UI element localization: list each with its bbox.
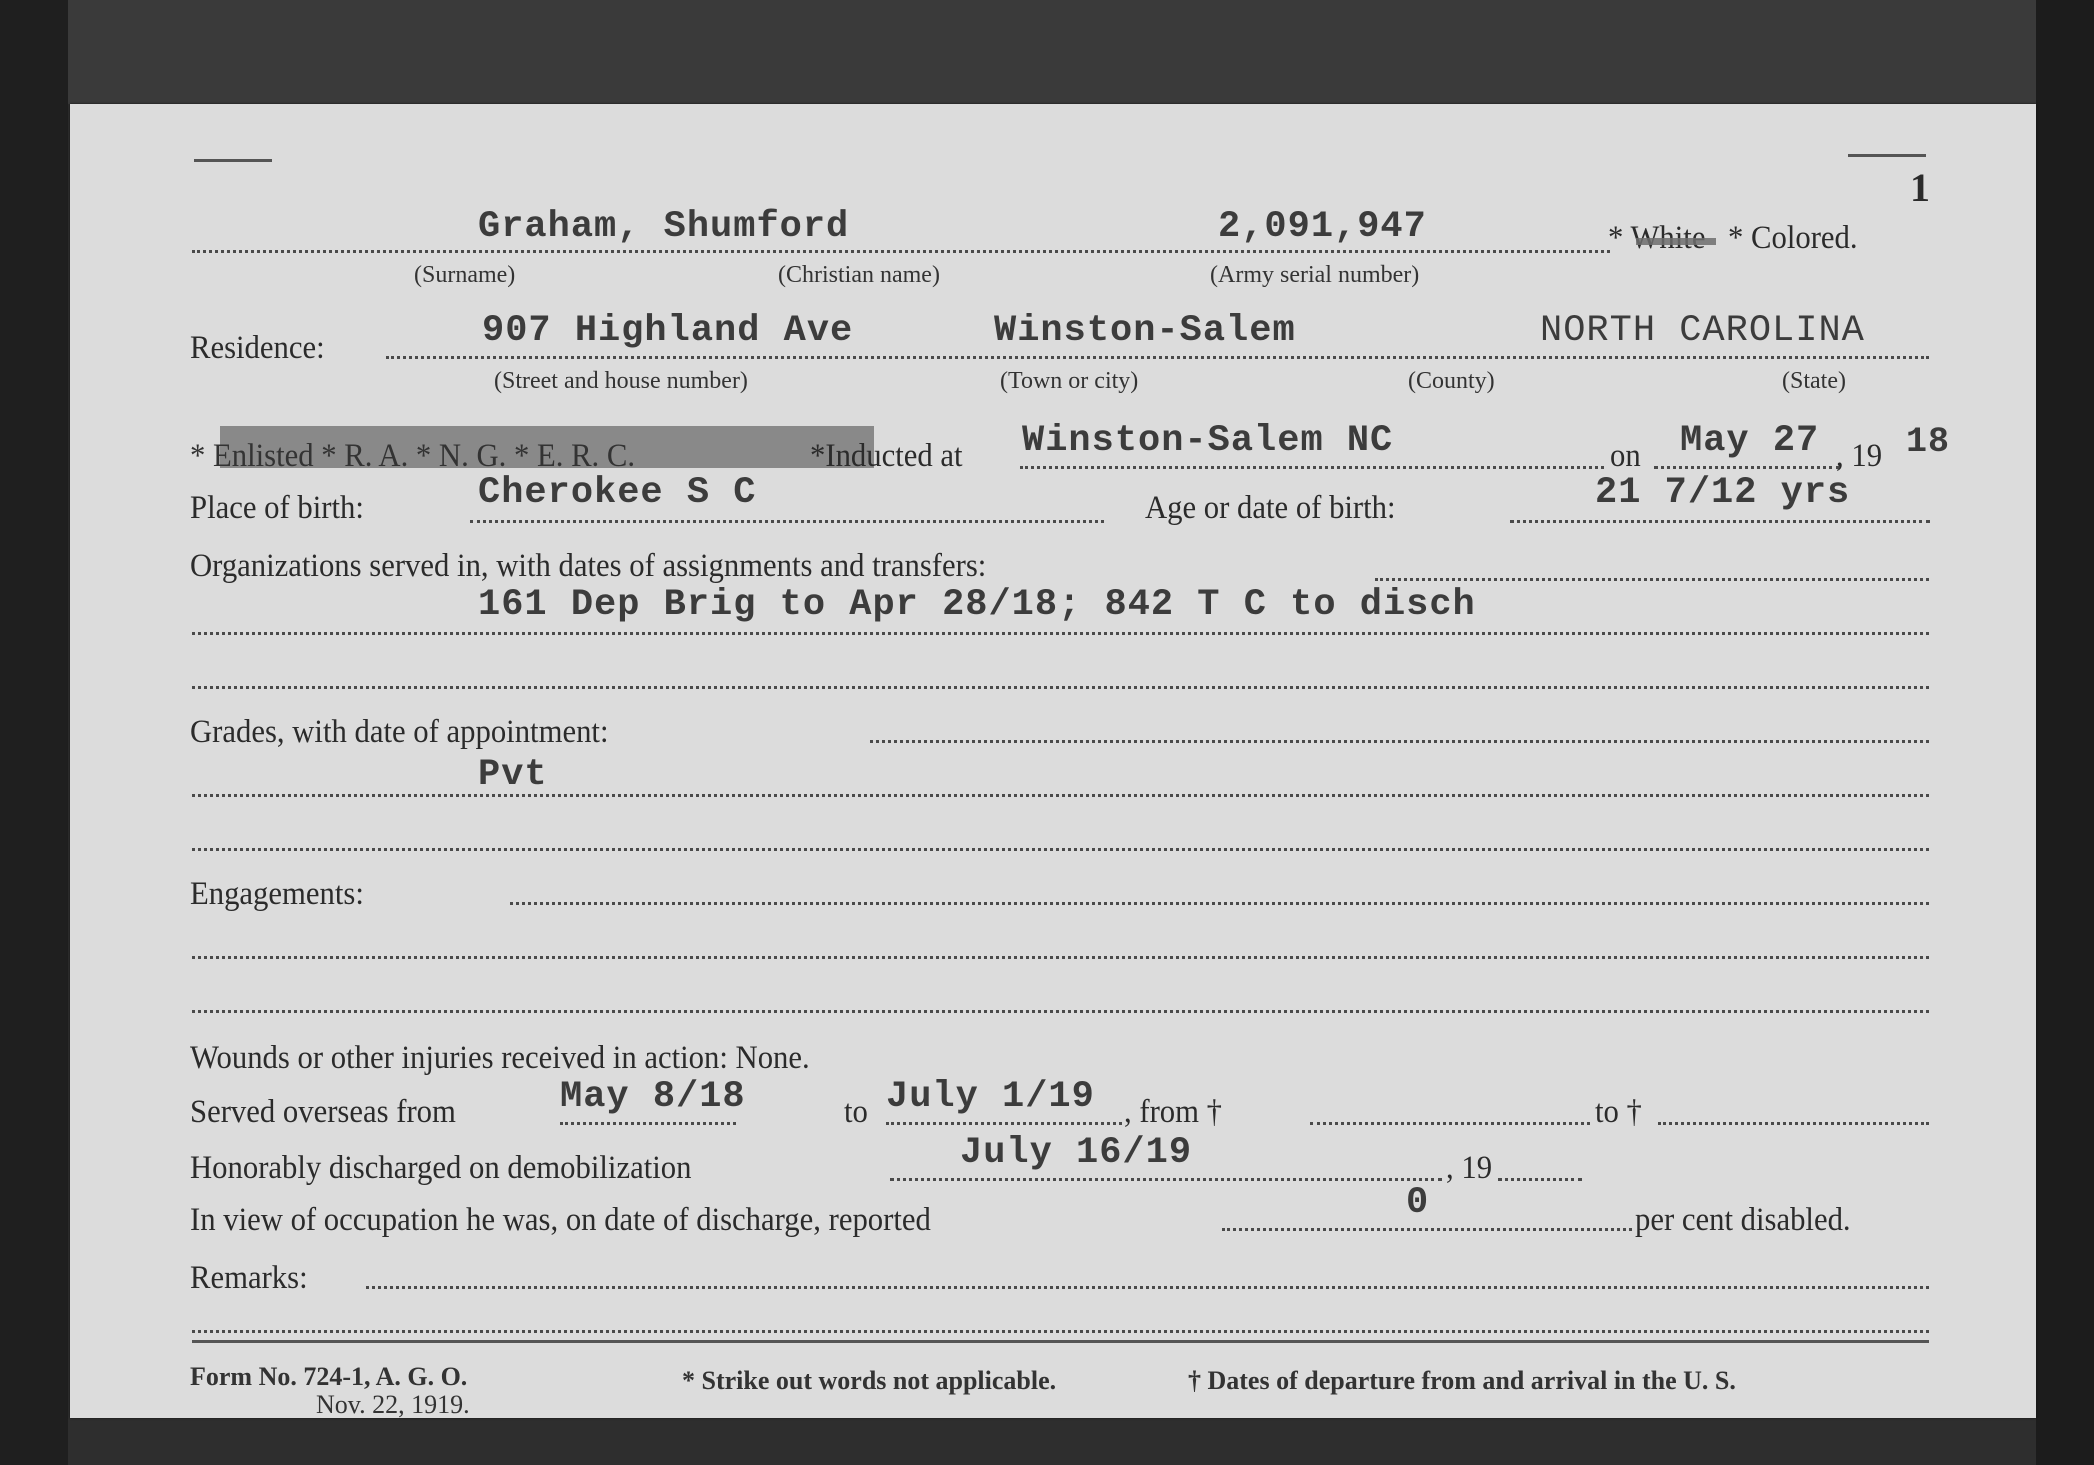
organizations-line-1 [1375, 578, 1929, 581]
overseas-to-label: to [844, 1094, 868, 1131]
footnote-strike: * Strike out words not applicable. [682, 1366, 1056, 1396]
organizations-line-3 [192, 686, 1929, 689]
overseas-from-line [560, 1122, 736, 1125]
year-prefix: , 19 [1836, 438, 1882, 475]
inducted-label: *Inducted at [810, 438, 963, 475]
caption-state: (State) [1782, 368, 1846, 395]
grades-line-2 [192, 794, 1929, 797]
footnote-dates: † Dates of departure from and arrival in… [1188, 1366, 1736, 1396]
top-left-rule [194, 159, 272, 162]
engagements-line-1 [510, 902, 1929, 905]
scan-background-left [0, 0, 68, 1465]
engagements-label: Engagements: [190, 876, 364, 913]
grade-entry: Pvt [478, 754, 548, 796]
footer-rule [192, 1340, 1929, 1343]
organizations-line-2 [192, 632, 1929, 635]
induction-date: May 27 [1680, 420, 1819, 462]
overseas-label: Served overseas from [190, 1094, 456, 1131]
overseas-to-date: July 1/19 [886, 1076, 1095, 1118]
overseas-from2-line [1310, 1122, 1590, 1125]
remarks-line-1 [366, 1286, 1929, 1289]
discharge-date: July 16/19 [960, 1132, 1192, 1174]
residence-line [386, 356, 1929, 359]
serial-number: 2,091,947 [1218, 206, 1427, 248]
age-label: Age or date of birth: [1145, 490, 1396, 527]
caption-town: (Town or city) [1000, 368, 1138, 395]
overseas-to-line [886, 1122, 1122, 1125]
caption-street: (Street and house number) [494, 368, 748, 395]
disability-label: In view of occupation he was, on date of… [190, 1202, 931, 1239]
age-value: 21 7/12 yrs [1595, 472, 1850, 514]
remarks-label: Remarks: [190, 1260, 308, 1297]
age-line [1510, 520, 1930, 523]
grades-line-1 [870, 740, 1929, 743]
caption-christian-name: (Christian name) [778, 262, 940, 289]
organizations-entry: 161 Dep Brig to Apr 28/18; 842 T C to di… [478, 584, 1476, 626]
inducted-place: Winston-Salem NC [1022, 420, 1393, 462]
caption-serial: (Army serial number) [1210, 262, 1419, 289]
white-strikethrough [1636, 238, 1716, 245]
overseas-to2-line [1658, 1122, 1929, 1125]
form-number: Form No. 724-1, A. G. O. [190, 1362, 467, 1392]
on-label: on [1610, 438, 1641, 475]
discharge-label: Honorably discharged on demobilization [190, 1150, 691, 1187]
top-right-rule [1848, 154, 1926, 157]
caption-surname: (Surname) [414, 262, 515, 289]
engagements-line-3 [192, 1010, 1929, 1013]
discharge-line [890, 1178, 1442, 1181]
place-of-birth: Cherokee S C [478, 472, 756, 514]
discharge-year-label: , 19 [1446, 1150, 1492, 1187]
residence-street: 907 Highland Ave [482, 310, 853, 352]
disability-line [1222, 1228, 1632, 1231]
overseas-to2-label: to † [1595, 1094, 1642, 1131]
wounds-label: Wounds or other injuries received in act… [190, 1040, 810, 1077]
place-of-birth-label: Place of birth: [190, 490, 364, 527]
place-of-birth-line [470, 520, 1104, 523]
caption-county: (County) [1408, 368, 1495, 395]
organizations-label: Organizations served in, with dates of a… [190, 548, 986, 585]
residence-state: NORTH CAROLINA [1540, 310, 1865, 352]
overseas-from2-label: , from † [1124, 1094, 1222, 1131]
disability-suffix: per cent disabled. [1635, 1202, 1851, 1239]
inducted-line [1020, 466, 1604, 469]
name-line [192, 250, 1610, 253]
induction-date-line [1654, 466, 1840, 469]
grades-line-3 [192, 848, 1929, 851]
enlisted-options-struck: * Enlisted * R. A. * N. G. * E. R. C. [190, 438, 635, 475]
page-number: 1 [1910, 164, 1930, 211]
residence-label: Residence: [190, 330, 325, 367]
remarks-line-2 [192, 1330, 1929, 1333]
overseas-from-date: May 8/18 [560, 1076, 746, 1118]
form-date: Nov. 22, 1919. [316, 1390, 470, 1420]
scan-background-right [2036, 0, 2094, 1465]
disability-percent: 0 [1406, 1182, 1429, 1224]
engagements-line-2 [192, 956, 1929, 959]
scan-background-top [68, 0, 2036, 104]
race-colored: * Colored. [1728, 220, 1858, 257]
discharge-year-line [1498, 1178, 1582, 1181]
grades-label: Grades, with date of appointment: [190, 714, 608, 751]
induction-year: 18 [1906, 422, 1950, 462]
soldier-name: Graham, Shumford [478, 206, 849, 248]
service-record-card: 1 Graham, Shumford 2,091,947 * White * C… [70, 104, 2036, 1418]
residence-town: Winston-Salem [994, 310, 1296, 352]
